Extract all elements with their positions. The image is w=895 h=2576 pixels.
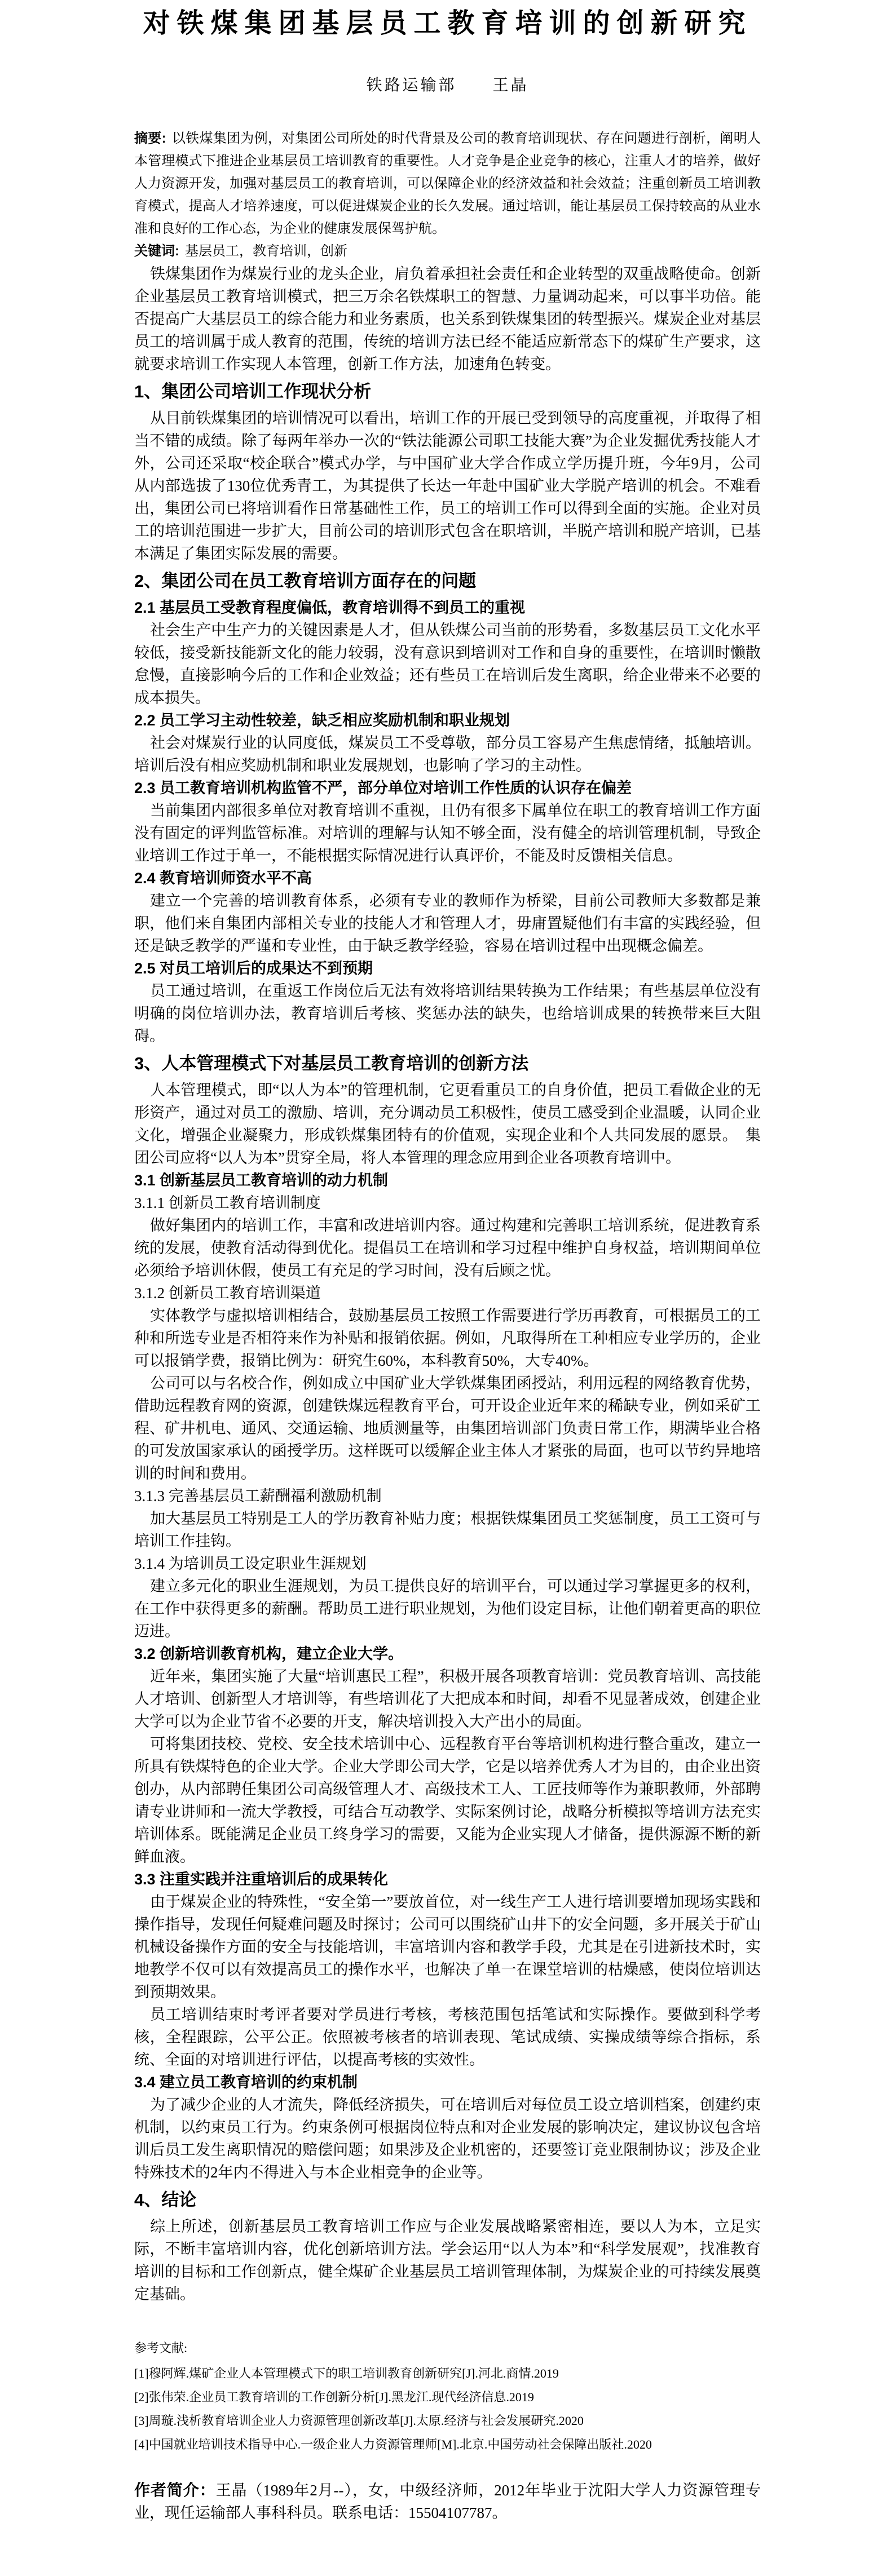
article-body: 1、集团公司培训工作现状分析从目前铁煤集团的培训情况可以看出，培训工作的开展已受… <box>134 378 761 2305</box>
paragraph-3-3a: 由于煤炭企业的特殊性，“安全第一”要放首位，对一线生产工人进行培训要增加现场实践… <box>134 1891 761 2003</box>
author-bio: 作者简介：王晶（1989年2月--），女，中级经济师，2012年毕业于沈阳大学人… <box>134 2479 761 2524</box>
references-label: 参考文献: <box>134 2337 761 2360</box>
heading-4: 4、结论 <box>134 2186 761 2214</box>
paragraph-3-1-1: 做好集团内的培训工作，丰富和改进培训内容。通过构建和完善职工培训系统，促进教育系… <box>134 1214 761 1282</box>
heading-3-1-3: 3.1.3 完善基层员工薪酬福利激励机制 <box>134 1485 761 1507</box>
reference-item: [2]张伟荣.企业员工教育培训的工作创新分析[J].黑龙江.现代经济信息.201… <box>134 2385 761 2409</box>
paper-title: 对铁煤集团基层员工教育培训的创新研究 <box>134 8 761 39</box>
abstract: 摘要:以铁煤集团为例，对集团公司所处的时代背景及公司的教育培训现状、存在问题进行… <box>134 127 761 240</box>
author-line: 铁路运输部 王晶 <box>134 74 761 97</box>
heading-3-1: 3.1 创新基层员工教育培训的动力机制 <box>134 1169 761 1192</box>
paragraph-2-2: 社会对煤炭行业的认同度低，煤炭员工不受尊敬，部分员工容易产生焦虑情绪，抵触培训。… <box>134 732 761 777</box>
intro-paragraph: 铁煤集团作为煤炭行业的龙头企业，肩负着承担社会责任和企业转型的双重战略使命。创新… <box>134 263 761 375</box>
paragraph-3-3b: 员工培训结束时考评者要对学员进行考核，考核范围包括笔试和实际操作。要做到科学考核… <box>134 2003 761 2071</box>
reference-item: [1]穆阿辉.煤矿企业人本管理模式下的职工培训教育创新研究[J].河北.商情.2… <box>134 2362 761 2385</box>
author-bio-text: 王晶（1989年2月--），女，中级经济师，2012年毕业于沈阳大学人力资源管理… <box>134 2482 761 2521</box>
heading-3-1-4: 3.1.4 为培训员工设定职业生涯规划 <box>134 1552 761 1575</box>
heading-2-5: 2.5 对员工培训后的成果达不到预期 <box>134 957 761 980</box>
abstract-text: 以铁煤集团为例，对集团公司所处的时代背景及公司的教育培训现状、存在问题进行剖析，… <box>134 131 761 236</box>
heading-3: 3、人本管理模式下对基层员工教育培训的创新方法 <box>134 1050 761 1078</box>
paragraph-3-2a: 近年来，集团实施了大量“培训惠民工程”，积极开展各项教育培训：党员教育培训、高技… <box>134 1665 761 1733</box>
keywords: 关键词:基层员工，教育培训，创新 <box>134 240 761 263</box>
heading-2-2: 2.2 员工学习主动性较差，缺乏相应奖励机制和职业规划 <box>134 709 761 732</box>
references-list: [1]穆阿辉.煤矿企业人本管理模式下的职工培训教育创新研究[J].河北.商情.2… <box>134 2362 761 2457</box>
paper-page: 对铁煤集团基层员工教育培训的创新研究 铁路运输部 王晶 摘要:以铁煤集团为例，对… <box>0 0 895 2576</box>
paragraph-2-4: 建立一个完善的培训教育体系，必须有专业的教师作为桥梁，目前公司教师大多数都是兼职… <box>134 889 761 957</box>
paragraph-3-1-3: 加大基层员工特别是工人的学历教育补贴力度；根据铁煤集团员工奖惩制度，员工工资可与… <box>134 1507 761 1552</box>
paragraph-1-1: 从目前铁煤集团的培训情况可以看出，培训工作的开展已受到领导的高度重视，并取得了相… <box>134 407 761 565</box>
paragraph-2-5: 员工通过培训，在重返工作岗位后无法有效将培训结果转换为工作结果；有些基层单位没有… <box>134 980 761 1047</box>
paragraph-3-1-2b: 公司可以与名校合作，例如成立中国矿业大学铁煤集团函授站，利用远程的网络教育优势，… <box>134 1372 761 1485</box>
paragraph-2-1: 社会生产中生产力的关键因素是人才，但从铁煤公司当前的形势看，多数基层员工文化水平… <box>134 619 761 709</box>
paragraph-4-1: 综上所述，创新基层员工教育培训工作应与企业发展战略紧密相连，要以人为本，立足实际… <box>134 2215 761 2305</box>
paragraph-3-2b: 可将集团技校、党校、安全技术培训中心、远程教育平台等培训机构进行整合重改，建立一… <box>134 1733 761 1868</box>
heading-2-1: 2.1 基层员工受教育程度偏低，教育培训得不到员工的重视 <box>134 596 761 619</box>
paragraph-2-3: 当前集团内部很多单位对教育培训不重视，且仍有很多下属单位在职工的教育培训工作方面… <box>134 799 761 867</box>
author-bio-label: 作者简介： <box>134 2481 216 2499</box>
paragraph-3-0: 人本管理模式，即“以人为本”的管理机制，它更看重员工的自身价值，把员工看做企业的… <box>134 1079 761 1169</box>
references-section: 参考文献: [1]穆阿辉.煤矿企业人本管理模式下的职工培训教育创新研究[J].河… <box>134 2337 761 2457</box>
paragraph-3-4: 为了减少企业的人才流失，降低经济损失，可在培训后对每位员工设立培训档案，创建约束… <box>134 2093 761 2184</box>
keywords-label: 关键词: <box>134 244 179 259</box>
heading-2-3: 2.3 员工教育培训机构监管不严，部分单位对培训工作性质的认识存在偏差 <box>134 777 761 799</box>
heading-2-4: 2.4 教育培训师资水平不高 <box>134 867 761 889</box>
paragraph-3-1-4: 建立多元化的职业生涯规划，为员工提供良好的培训平台，可以通过学习掌握更多的权利，… <box>134 1575 761 1643</box>
heading-3-3: 3.3 注重实践并注重培训后的成果转化 <box>134 1868 761 1891</box>
reference-item: [4]中国就业培训技术指导中心.一级企业人力资源管理师[M].北京.中国劳动社会… <box>134 2433 761 2457</box>
heading-2: 2、集团公司在员工教育培训方面存在的问题 <box>134 567 761 595</box>
heading-1: 1、集团公司培训工作现状分析 <box>134 378 761 406</box>
heading-3-1-1: 3.1.1 创新员工教育培训制度 <box>134 1192 761 1214</box>
abstract-label: 摘要: <box>134 131 166 146</box>
keywords-text: 基层员工，教育培训，创新 <box>185 244 347 259</box>
reference-item: [3]周璇.浅析教育培训企业人力资源管理创新改革[J].太原.经济与社会发展研究… <box>134 2409 761 2433</box>
heading-3-1-2: 3.1.2 创新员工教育培训渠道 <box>134 1282 761 1304</box>
heading-3-2: 3.2 创新培训教育机构，建立企业大学。 <box>134 1643 761 1665</box>
heading-3-4: 3.4 建立员工教育培训的约束机制 <box>134 2071 761 2093</box>
paragraph-3-1-2a: 实体教学与虚拟培训相结合，鼓励基层员工按照工作需要进行学历再教育，可根据员工的工… <box>134 1304 761 1372</box>
